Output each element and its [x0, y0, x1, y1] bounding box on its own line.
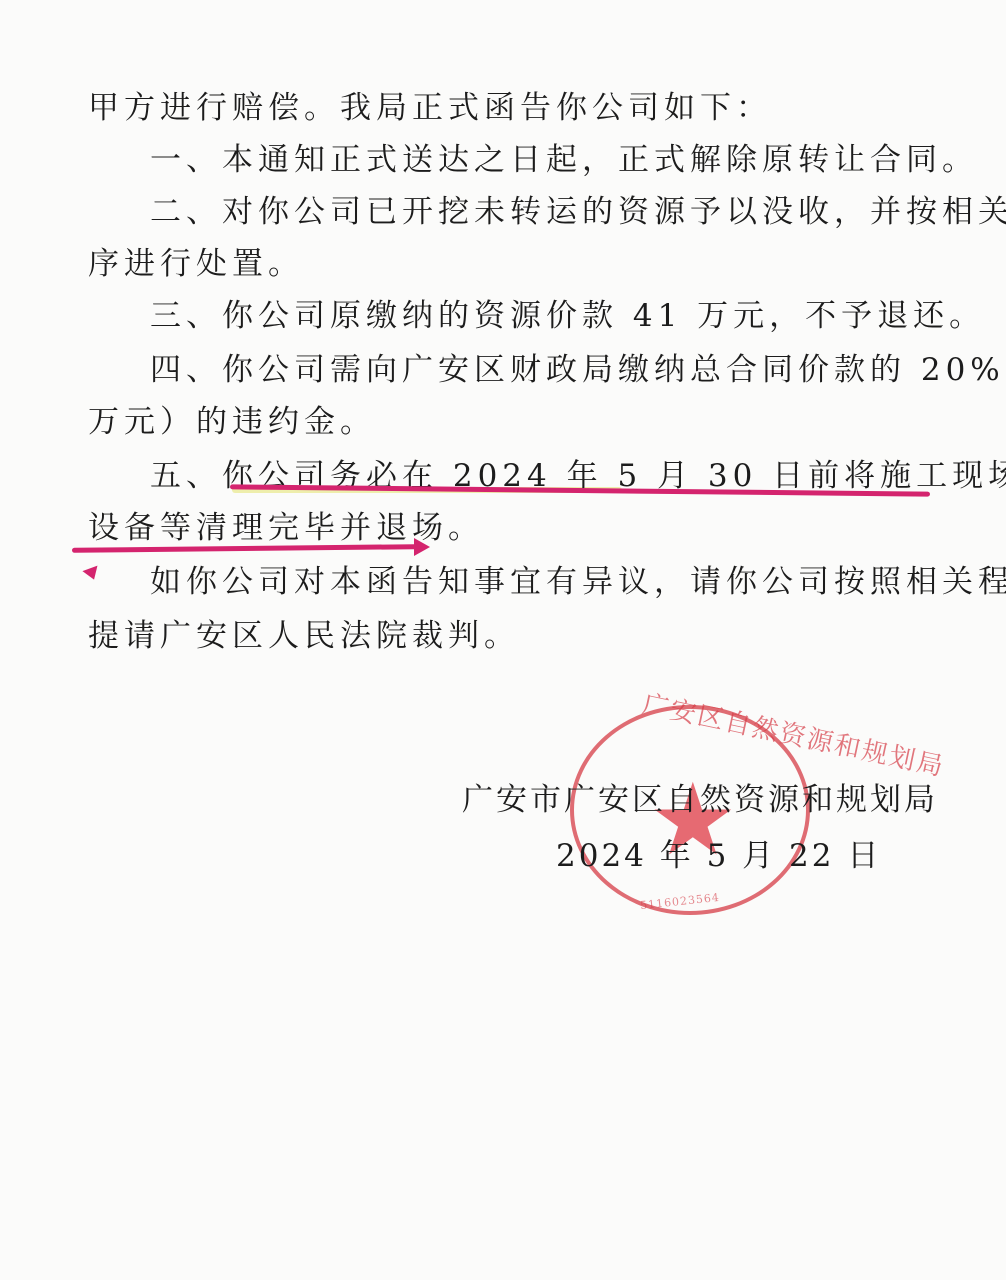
text-line-item-2: 二、对你公司已开挖未转运的资源予以没收，并按相关程 [150, 192, 1006, 232]
pink-mark-icon [82, 566, 101, 583]
text-line-item-4-cont: 万元）的违约金。 [88, 402, 376, 442]
text-line-item-2-cont: 序进行处置。 [88, 244, 304, 284]
text-line-objection-cont: 提请广安区人民法院裁判。 [88, 616, 520, 656]
issuer-name: 广安市广安区自然资源和规划局 [462, 780, 938, 820]
text-line-intro: 甲方进行赔偿。我局正式函告你公司如下： [88, 88, 772, 128]
text-line-item-4: 四、你公司需向广安区财政局缴纳总合同价款的 20%（8.2 [150, 350, 1006, 390]
arrow-head-icon [414, 538, 430, 556]
text-line-objection: 如你公司对本函告知事宜有异议，请你公司按照相关程序 [150, 562, 1006, 602]
issue-date: 2024 年 5 月 22 日 [556, 836, 881, 876]
text-line-item-1: 一、本通知正式送达之日起，正式解除原转让合同。 [150, 140, 978, 180]
text-line-item-3: 三、你公司原缴纳的资源价款 41 万元，不予退还。 [150, 296, 985, 336]
